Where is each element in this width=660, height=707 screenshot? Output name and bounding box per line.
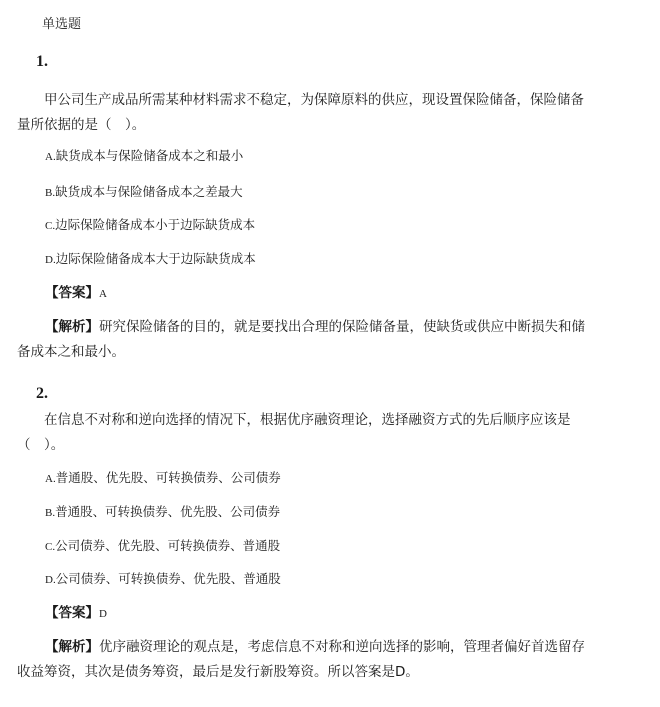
option-letter: B. — [45, 187, 55, 199]
question-stem-cont: 量所依据的是（ ）。 — [17, 116, 145, 134]
answer: 【答案】A — [45, 284, 107, 303]
option-letter: D. — [45, 574, 56, 586]
option-text: 公司债券、可转换债券、优先股、普通股 — [56, 571, 281, 586]
question-number: 2. — [36, 385, 48, 403]
analysis-cont: 备成本之和最小。 — [17, 343, 125, 361]
option-text: 边际保险储备成本大于边际缺货成本 — [56, 251, 256, 266]
option-text: 缺货成本与保险储备成本之差最大 — [55, 184, 243, 199]
option-a: A.缺货成本与保险储备成本之和最小 — [45, 147, 243, 166]
option-d: D.公司债券、可转换债券、优先股、普通股 — [45, 570, 281, 589]
answer-value: D — [99, 608, 107, 620]
option-letter: D. — [45, 254, 56, 266]
analysis-label: 【解析】 — [45, 319, 99, 335]
analysis: 【解析】优序融资理论的观点是，考虑信息不对称和逆向选择的影响，管理者偏好首选留存 — [45, 638, 585, 656]
option-letter: C. — [45, 220, 55, 232]
option-text: 公司债券、优先股、可转换债券、普通股 — [55, 538, 280, 553]
question-stem: 甲公司生产成品所需某种材料需求不稳定，为保障原料的供应，现设置保险储备，保险储备 — [44, 91, 584, 109]
section-title: 单选题 — [42, 16, 81, 34]
analysis-label: 【解析】 — [45, 639, 99, 655]
analysis: 【解析】研究保险储备的目的，就是要找出合理的保险储备量，使缺货或供应中断损失和储 — [45, 318, 585, 336]
question-number: 1. — [36, 53, 48, 71]
option-text: 边际保险储备成本小于边际缺货成本 — [55, 217, 255, 232]
answer: 【答案】D — [45, 604, 107, 623]
option-b: B.缺货成本与保险储备成本之差最大 — [45, 183, 243, 202]
analysis-cont: 收益筹资，其次是债务筹资，最后是发行新股筹资。所以答案是D。 — [17, 663, 419, 681]
option-b: B.普通股、可转换债券、优先股、公司债券 — [45, 503, 280, 522]
option-letter: B. — [45, 507, 55, 519]
option-letter: A. — [45, 151, 56, 163]
option-text: 普通股、可转换债券、优先股、公司债券 — [55, 504, 280, 519]
option-text: 普通股、优先股、可转换债券、公司债券 — [56, 470, 281, 485]
option-c: C.公司债券、优先股、可转换债券、普通股 — [45, 537, 280, 556]
option-text: 缺货成本与保险储备成本之和最小 — [56, 148, 244, 163]
answer-value: A — [99, 288, 107, 300]
option-letter: A. — [45, 473, 56, 485]
option-letter: C. — [45, 541, 55, 553]
option-a: A.普通股、优先股、可转换债券、公司债券 — [45, 469, 281, 488]
question-stem: 在信息不对称和逆向选择的情况下，根据优序融资理论，选择融资方式的先后顺序应该是 — [44, 411, 571, 429]
option-d: D.边际保险储备成本大于边际缺货成本 — [45, 250, 256, 269]
question-stem-cont: （ ）。 — [17, 436, 64, 454]
analysis-text: 优序融资理论的观点是，考虑信息不对称和逆向选择的影响，管理者偏好首选留存 — [99, 639, 585, 655]
analysis-text: 研究保险储备的目的，就是要找出合理的保险储备量，使缺货或供应中断损失和储 — [99, 319, 585, 335]
answer-label: 【答案】 — [45, 605, 99, 621]
answer-label: 【答案】 — [45, 285, 99, 301]
option-c: C.边际保险储备成本小于边际缺货成本 — [45, 216, 255, 235]
